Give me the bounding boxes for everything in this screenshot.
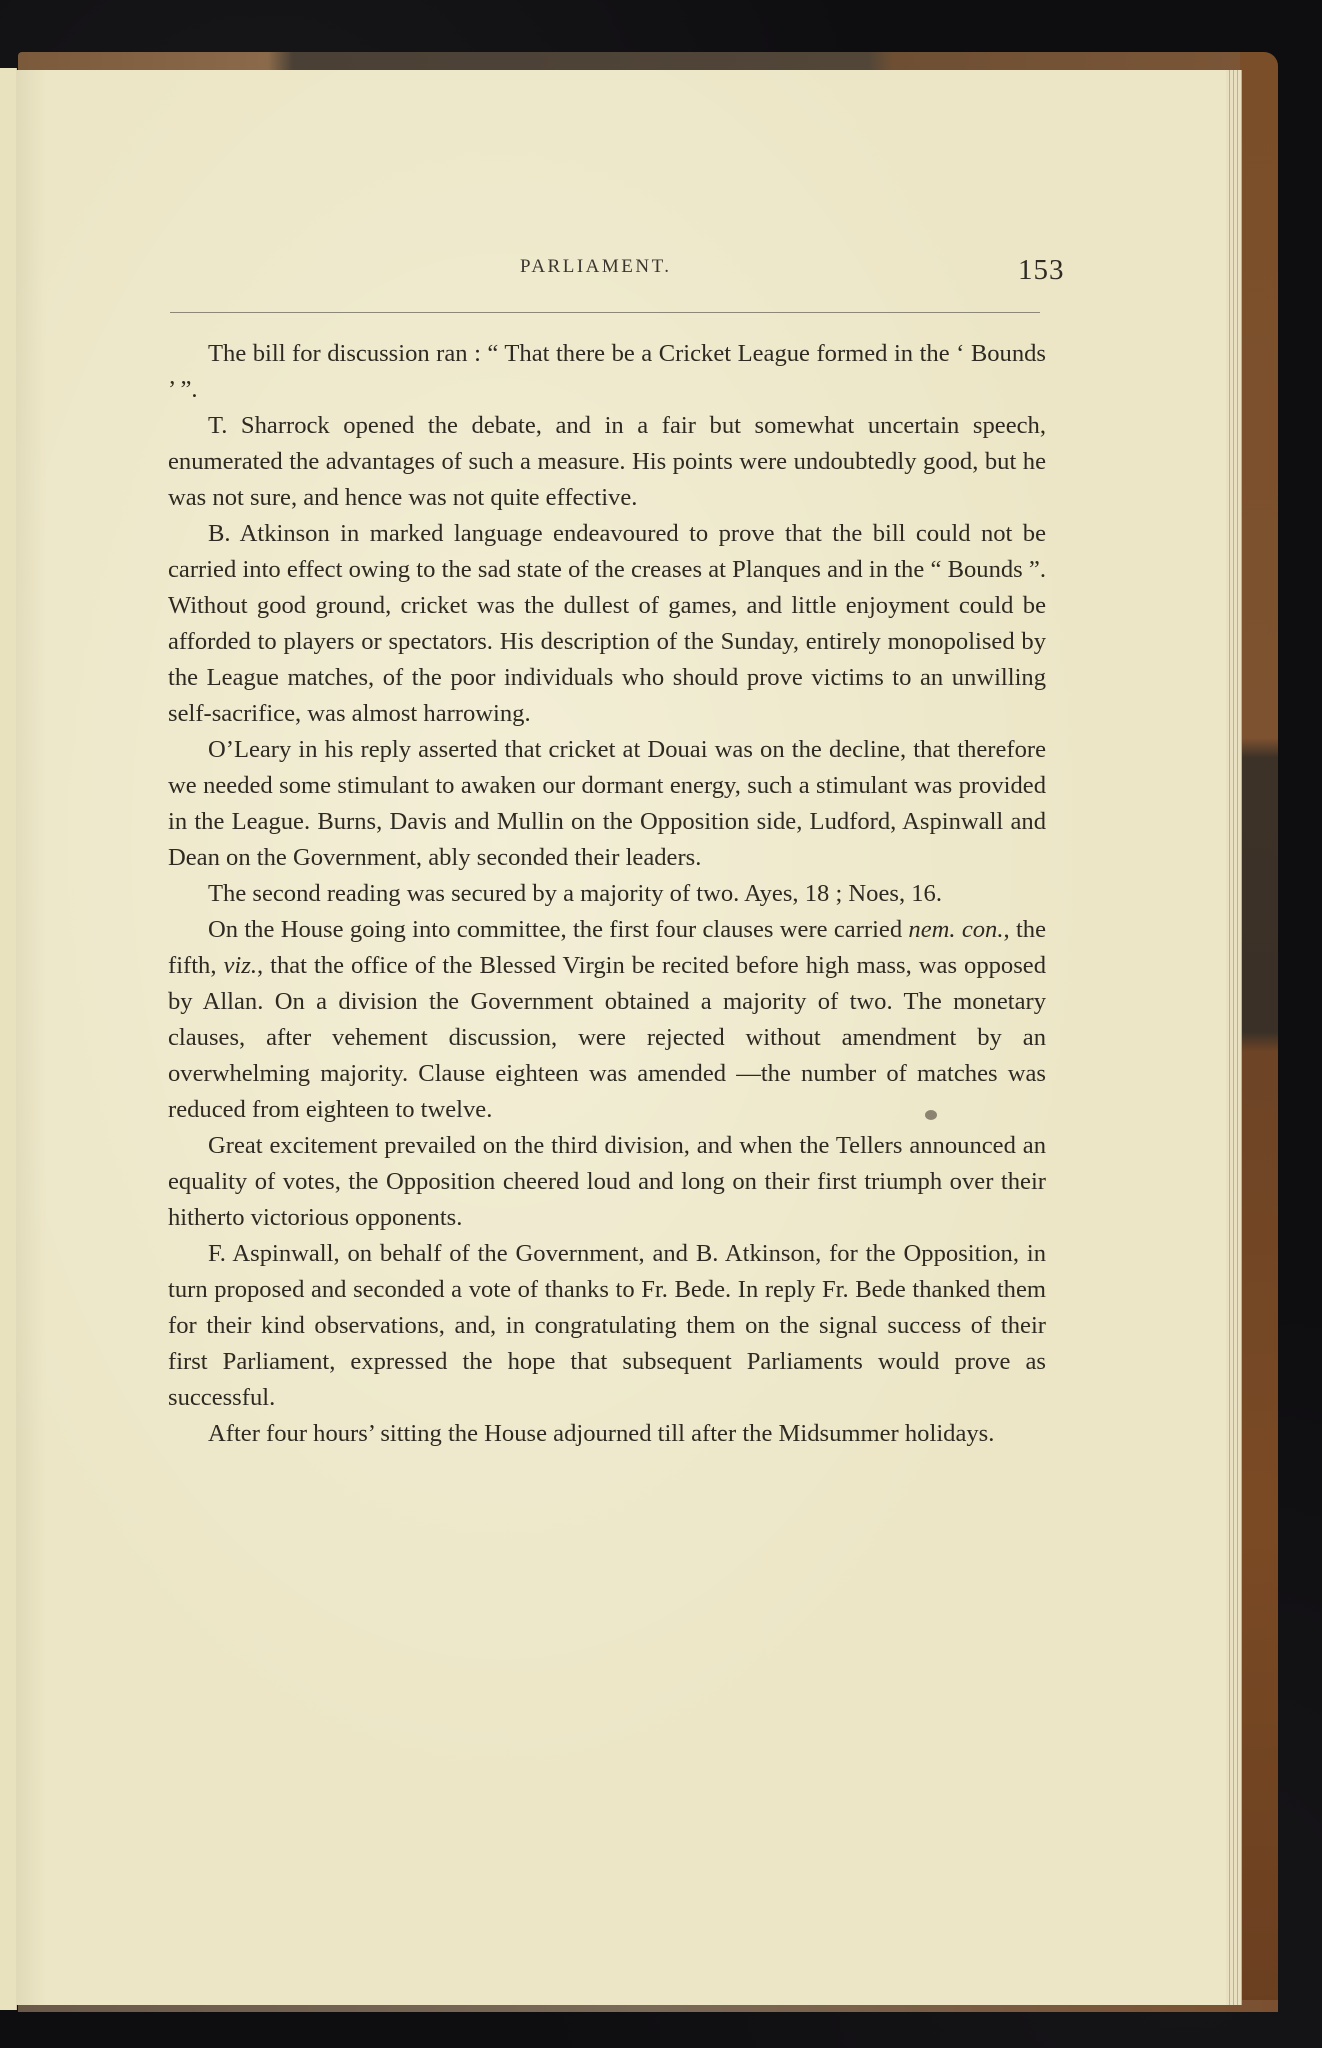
ink-stain (925, 1110, 937, 1120)
paragraph: After four hours’ sitting the House adjo… (168, 1416, 1046, 1452)
header-rule (170, 312, 1040, 313)
paragraph: On the House going into committee, the f… (168, 912, 1046, 1128)
paragraph: The second reading was secured by a majo… (168, 876, 1046, 912)
page-number: 153 (1018, 254, 1065, 287)
paragraph: Great excitement prevailed on the third … (168, 1128, 1046, 1236)
body-text: The bill for discussion ran : “ That the… (168, 336, 1046, 1452)
text-run: On the House going into committee, the f… (208, 916, 908, 943)
text-run: The bill for discussion ran : “ That the… (168, 340, 1046, 403)
italic-text: nem. con. (908, 916, 1003, 943)
paragraph: B. Atkinson in marked language endeavour… (168, 516, 1046, 732)
facing-page-edge (0, 68, 17, 2010)
text-run: O’Leary in his reply asserted that crick… (168, 736, 1046, 871)
text-run: B. Atkinson in marked language endeavour… (168, 520, 1046, 727)
running-title: PARLIAMENT. (520, 256, 672, 278)
paragraph: The bill for discussion ran : “ That the… (168, 336, 1046, 408)
paragraph: T. Sharrock opened the debate, and in a … (168, 408, 1046, 516)
running-head: PARLIAMENT. 153 (16, 256, 1228, 286)
paragraph: O’Leary in his reply asserted that crick… (168, 732, 1046, 876)
page-stack-edge (1226, 70, 1242, 2005)
text-run: F. Aspinwall, on behalf of the Governmen… (168, 1240, 1046, 1411)
text-run: T. Sharrock opened the debate, and in a … (168, 412, 1046, 511)
text-run: Great excitement prevailed on the third … (168, 1132, 1046, 1231)
text-run: , that the office of the Blessed Virgin … (168, 952, 1046, 1123)
text-run: The second reading was secured by a majo… (208, 880, 942, 907)
italic-text: viz. (224, 952, 257, 979)
text-run: After four hours’ sitting the House adjo… (208, 1420, 994, 1447)
paragraph: F. Aspinwall, on behalf of the Governmen… (168, 1236, 1046, 1416)
book-cover-spine-edge (1240, 52, 1278, 2012)
